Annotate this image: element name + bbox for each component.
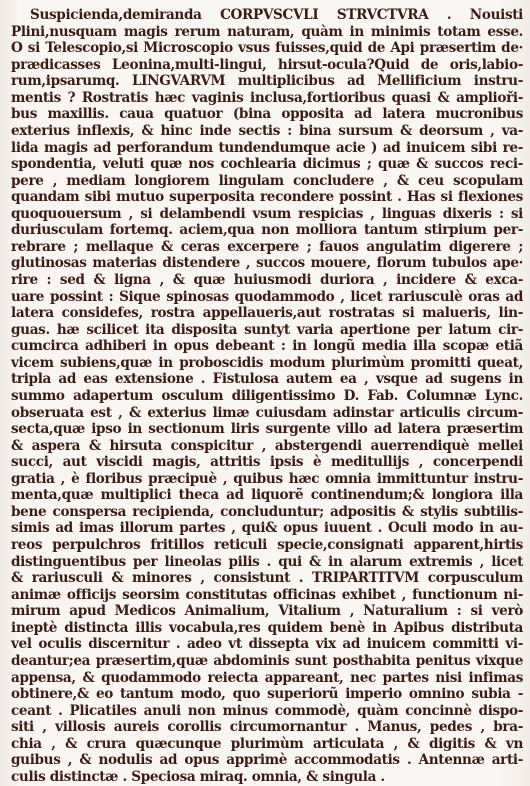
text-line: ceant . Plicatiles anuli non minus commo… bbox=[11, 703, 523, 720]
text-line: deantur;ea præsertim,quæ abdominis sunt … bbox=[11, 653, 523, 670]
text-line: animæ officijs seorsim constitutas offic… bbox=[11, 587, 523, 604]
text-line: pere , mediam longiorem lingulam conclud… bbox=[11, 173, 523, 190]
text-line: duriusculam fortemq. aciem,qua non molli… bbox=[11, 222, 523, 239]
text-line: chia , & crura quæcunque plurimùm articu… bbox=[11, 736, 523, 753]
text-line: spondentia, veluti quæ nos cochlearia di… bbox=[11, 156, 523, 173]
text-line: quandam sibi mutuo superposita recondere… bbox=[11, 189, 523, 206]
text-line: uare possint : Sique spinosas quodammodo… bbox=[11, 289, 523, 306]
text-line: glutinosas materias distendere , succos … bbox=[11, 255, 523, 272]
text-line: exterius inflexis, & hinc inde sectis : … bbox=[11, 123, 523, 140]
text-line: rebrare ; mellaque & ceras excerpere ; f… bbox=[11, 239, 523, 256]
text-line: distinguentibus per lineolas pilis . qui… bbox=[11, 554, 523, 571]
text-line: latera considefes, rostra appellaueris,a… bbox=[11, 305, 523, 322]
text-line: bus maxillis. caua quatuor (bina opposit… bbox=[11, 106, 523, 123]
text-line: vel oculis discernitur . adeo vt dissept… bbox=[11, 636, 523, 653]
text-line: summo adapertum osculum diligentissimo D… bbox=[11, 388, 523, 405]
text-line: siti , villosis aureis corollis circumor… bbox=[11, 719, 523, 736]
body-text: Suspicienda,demiranda CORPVSCVLI STRVCTV… bbox=[11, 7, 523, 785]
text-line: & aspera & hirsuta conspicitur , absterg… bbox=[11, 438, 523, 455]
text-line: guibus , & nodulis ad opus apprimè accom… bbox=[11, 752, 523, 769]
text-line: guas. hæ scilicet ita disposita suntyt v… bbox=[11, 322, 523, 339]
text-line: vicem subiens,quæ in proboscidis modum p… bbox=[11, 355, 523, 372]
text-line: simis ad imas illorum partes , qui& opus… bbox=[11, 520, 523, 537]
text-line: & rariusculi & minores , consistunt . TR… bbox=[11, 570, 523, 587]
text-line: mentis ? Rostratis hæc vaginis inclusa,f… bbox=[11, 90, 523, 107]
text-line: mirum apud Medicos Animalium, Vitalium ,… bbox=[11, 603, 523, 620]
text-line: rum,ipsarumq. LINGVARVM multiplicibus ad… bbox=[11, 73, 523, 90]
text-line: cumcirca adhiberi in opus debeant : in l… bbox=[11, 338, 523, 355]
text-line: appensa, & quodammodo reiecta appareant,… bbox=[11, 670, 523, 687]
text-line: obseruata est , & exterius limæ cuiusdam… bbox=[11, 405, 523, 422]
text-line: bene conspersa recipienda, concluduntur;… bbox=[11, 504, 523, 521]
text-line: O si Telescopio,si Microscopio vsus fuis… bbox=[11, 40, 523, 57]
text-line: lida magis ad perforandum tundendumque a… bbox=[11, 140, 523, 157]
text-line: prædicasses Leonina,multi-lingui, hirsut… bbox=[11, 57, 523, 74]
text-line: ineptè distincta illis vocabula,res quid… bbox=[11, 620, 523, 637]
text-line: succi, aut viscidi magis, attritis ipsis… bbox=[11, 454, 523, 471]
text-line: rire : sed & ligna , & quæ huiusmodi dur… bbox=[11, 272, 523, 289]
text-line: culis distinctæ . Speciosa miraq. omnia,… bbox=[11, 769, 523, 786]
text-line: obtinere,& eo tantum modo, quo superiorũ… bbox=[11, 686, 523, 703]
text-line: quoquouersum , si delambendi vsum respic… bbox=[11, 206, 523, 223]
text-line: secta,quæ ipso in sectionum liris surgen… bbox=[11, 421, 523, 438]
text-line: gratia , è floribus præcipuè , quibus hæ… bbox=[11, 471, 523, 488]
text-line: Suspicienda,demiranda CORPVSCVLI STRVCTV… bbox=[11, 7, 523, 24]
text-line: tripla ad eas extensione . Fistulosa aut… bbox=[11, 371, 523, 388]
text-line: menta,quæ multiplici theca ad liquorẽ co… bbox=[11, 487, 523, 504]
text-line: reos perpulchros fritillos reticuli spec… bbox=[11, 537, 523, 554]
scanned-page: Suspicienda,demiranda CORPVSCVLI STRVCTV… bbox=[0, 0, 530, 786]
text-line: Plini,nusquam magis rerum naturam, quàm … bbox=[11, 24, 523, 41]
